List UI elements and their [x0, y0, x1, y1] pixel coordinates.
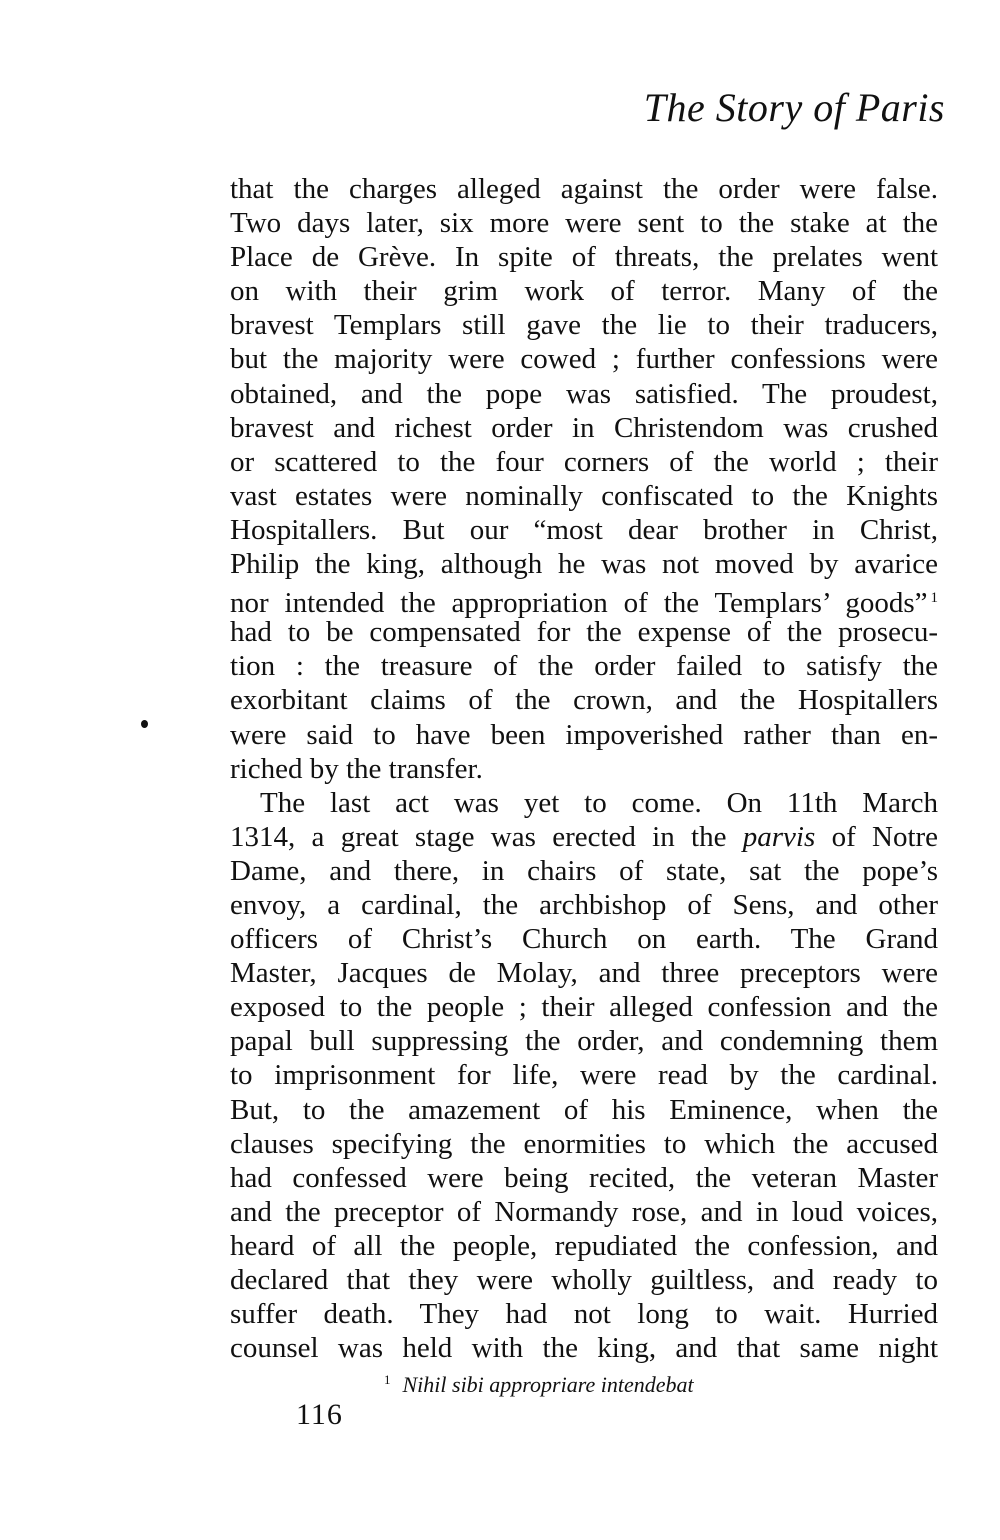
- text-line: that the charges alleged against the ord…: [230, 172, 938, 206]
- text-line-paragraph-end: riched by the transfer.: [230, 752, 938, 786]
- text-line: were said to have been impoverished rath…: [230, 718, 938, 752]
- body-text: that the charges alleged against the ord…: [230, 172, 938, 1365]
- text-line: bravest Templars still gave the lie to t…: [230, 308, 938, 342]
- text-line: clauses specifying the enormities to whi…: [230, 1127, 938, 1161]
- footnote-reference: 1: [931, 590, 939, 606]
- text-line: tion : the treasure of the order failed …: [230, 649, 938, 683]
- text-line: suffer death. They had not long to wait.…: [230, 1297, 938, 1331]
- text-line: heard of all the people, repudiated the …: [230, 1229, 938, 1263]
- text-line: had confessed were being recited, the ve…: [230, 1161, 938, 1195]
- text-line: officers of Christ’s Church on earth. Th…: [230, 922, 938, 956]
- text-line-tail: of Notre: [832, 821, 938, 853]
- text-line: on with their grim work of terror. Many …: [230, 274, 938, 308]
- italic-term: parvis: [743, 821, 816, 853]
- text-line: envoy, a cardinal, the archbishop of Sen…: [230, 888, 938, 922]
- footnote-text: Nihil sibi appropriare intendebat: [403, 1372, 694, 1397]
- text-line: bravest and richest order in Christendom…: [230, 411, 938, 445]
- text-line-with-italic: 1314, a great stage was erected in the p…: [230, 820, 938, 854]
- text-line: Two days later, six more were sent to th…: [230, 206, 938, 240]
- page-number: 116: [296, 1398, 343, 1432]
- text-line: counsel was held with the king, and that…: [230, 1331, 938, 1365]
- footnote: 1Nihil sibi appropriare intendebat: [384, 1372, 694, 1398]
- text-line: but the majority were cowed ; further co…: [230, 342, 938, 376]
- text-line: Hospitallers. But our “most dear brother…: [230, 513, 938, 547]
- text-line: obtained, and the pope was satisfied. Th…: [230, 377, 938, 411]
- text-line: Philip the king, although he was not mov…: [230, 547, 938, 581]
- text-line: vast estates were nominally confiscated …: [230, 479, 938, 513]
- text-line: declared that they were wholly guiltless…: [230, 1263, 938, 1297]
- text-line: exposed to the people ; their alleged co…: [230, 990, 938, 1024]
- text-line: But, to the amazement of his Eminence, w…: [230, 1093, 938, 1127]
- text-line-content: 1314, a great stage was erected in the: [230, 821, 726, 853]
- text-line: Dame, and there, in chairs of state, sat…: [230, 854, 938, 888]
- running-head: The Story of Paris: [644, 84, 945, 131]
- text-line: Place de Grève. In spite of threats, the…: [230, 240, 938, 274]
- margin-mark: [141, 720, 148, 728]
- text-line: exorbitant claims of the crown, and the …: [230, 683, 938, 717]
- text-line: Master, Jacques de Molay, and three prec…: [230, 956, 938, 990]
- text-line: had to be compensated for the expense of…: [230, 615, 938, 649]
- text-line-paragraph-start: The last act was yet to come. On 11th Ma…: [230, 786, 938, 820]
- text-line: or scattered to the four corners of the …: [230, 445, 938, 479]
- footnote-mark: 1: [384, 1372, 391, 1387]
- text-line: and the preceptor of Normandy rose, and …: [230, 1195, 938, 1229]
- text-line-with-footnote-ref: nor intended the appropriation of the Te…: [230, 581, 938, 615]
- text-line: papal bull suppressing the order, and co…: [230, 1024, 938, 1058]
- text-line: to imprisonment for life, were read by t…: [230, 1058, 938, 1092]
